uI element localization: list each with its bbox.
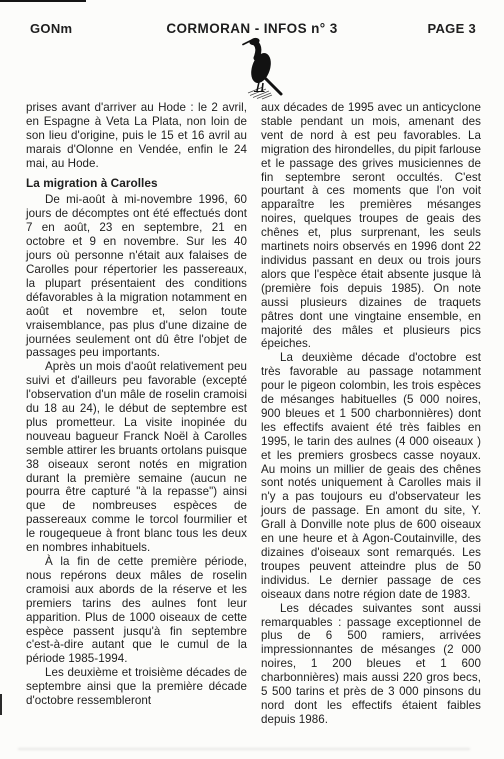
scan-artifact-left-edge — [0, 694, 2, 715]
paragraph: Après un mois d'août relativement peu su… — [26, 360, 247, 555]
paragraph-continuation: aux décades de 1995 avec un anticyclone … — [261, 101, 481, 351]
paragraph: De mi-août à mi-novembre 1996, 60 jours … — [26, 193, 247, 360]
scan-artifact-bottom-smudge — [18, 748, 470, 750]
paragraph-continuation: prises avant d'arriver au Hode : le 2 av… — [26, 101, 247, 171]
page-header: GONm CORMORAN - INFOS n° 3 PAGE 3 — [0, 21, 504, 37]
cormorant-icon — [242, 36, 294, 100]
section-heading: La migration à Carolles — [26, 177, 247, 191]
page-number-label: PAGE 3 — [427, 21, 476, 36]
scanned-page: GONm CORMORAN - INFOS n° 3 PAGE 3 prises… — [0, 0, 504, 759]
paragraph: Les décades suivantes sont aussi remarqu… — [261, 602, 481, 727]
paragraph: À la fin de cette première période, nous… — [26, 555, 247, 666]
paragraph: Les deuxième et troisième décades de sep… — [26, 666, 247, 708]
article-right-column: aux décades de 1995 avec un anticyclone … — [261, 101, 481, 727]
paragraph: La deuxième décade d'octobre est très fa… — [261, 351, 481, 601]
scan-artifact-top-line — [0, 0, 86, 2]
article-left-column: prises avant d'arriver au Hode : le 2 av… — [26, 101, 247, 708]
